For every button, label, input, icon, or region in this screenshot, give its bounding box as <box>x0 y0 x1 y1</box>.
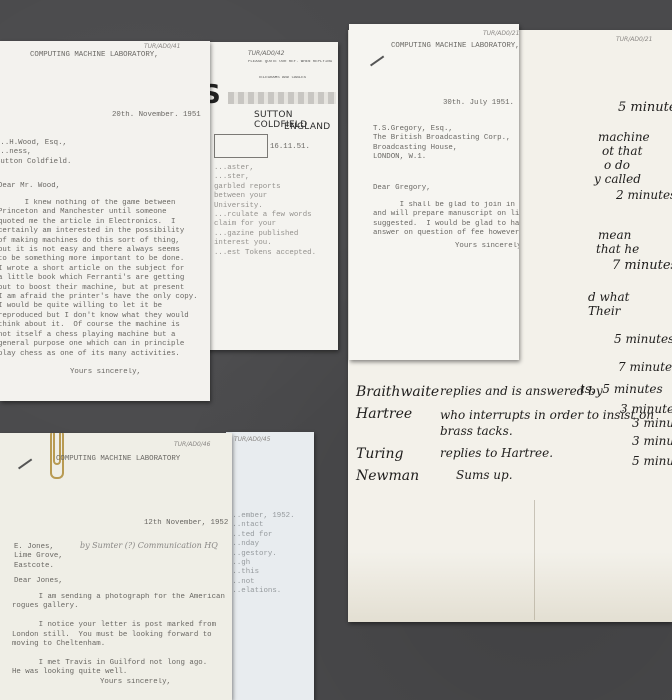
letter-heading: COMPUTING MACHINE LABORATORY, <box>391 42 519 51</box>
letter-body: I knew nothing of the game between Princ… <box>0 199 198 359</box>
letter-date: 20th. November. 1951 <box>112 111 201 120</box>
letterhead-country: ENGLAND <box>284 122 331 132</box>
speaker-action: who interrupts in order to insist on <box>440 408 654 422</box>
letter-salutation: Dear Gregory, <box>373 184 431 193</box>
handwritten-annotation: by Sumter (?) Communication HQ <box>80 541 218 550</box>
letter-heading: COMPUTING MACHINE LABORATORY <box>56 455 180 464</box>
gregory-letter: TUR/AD0/21 COMPUTING MACHINE LABORATORY,… <box>349 24 519 360</box>
speaker-action: brass tacks. <box>440 424 513 438</box>
speaker-name: Newman <box>356 468 419 484</box>
letter-body: I am sending a photograph for the Americ… <box>12 593 225 678</box>
handwritten-fragment: 5 minutes <box>618 100 672 115</box>
speaker-name: Turing <box>356 446 404 462</box>
letter-recipient: T.S.Gregory, Esq., The British Broadcast… <box>373 125 511 163</box>
letter-date: 30th. July 1951. <box>443 99 514 108</box>
letter-recipient: ...H.Wood, Esq., ...ness, Sutton Coldfie… <box>0 139 71 167</box>
letterhead-ornament <box>228 92 336 104</box>
letter-date: 12th November, 1952 <box>144 519 228 528</box>
letterhead-small: TELEGRAMS AND CABLES <box>258 76 306 81</box>
letterhead-small: PLEASE QUOTE OUR REF. WHEN REPLYING <box>248 60 332 65</box>
speaker-action: replies to Hartree. <box>440 446 553 460</box>
speaker-action: Sums up. <box>456 468 513 482</box>
handwritten-fragment: 2 minutes <box>616 188 672 202</box>
handwritten-fragment: machine <box>598 130 650 144</box>
speaker-name: Braithwaite <box>356 384 439 400</box>
speaker-action: replies and is answered by <box>440 384 603 398</box>
duration: 3 minutes <box>632 416 672 430</box>
letter-recipient: E. Jones, Lime Grove, Eastcote. <box>14 543 63 571</box>
letter-date: 16.11.51. <box>270 143 310 152</box>
letter-salutation: Dear Jones, <box>14 577 63 586</box>
handwritten-fragment: y called <box>594 172 641 186</box>
handwritten-fragment: o do <box>604 158 630 172</box>
handwritten-fragment: d what <box>588 290 629 304</box>
handwritten-fragment: ot that <box>602 144 642 158</box>
letter-heading: COMPUTING MACHINE LABORATORY, <box>30 51 159 60</box>
jones-letter: TUR/AD0/46 COMPUTING MACHINE LABORATORY … <box>0 433 232 700</box>
handwritten-fragment: 7 minutes <box>618 360 672 374</box>
letter-body-fragments: ...ember, 1952. ...ntact ...ted for ...n… <box>228 512 295 597</box>
address-box <box>214 134 268 158</box>
letter-body-fragments: ...aster, ...ster, garbled reports betwe… <box>214 164 316 258</box>
pencil-mark <box>370 56 384 66</box>
letter-salutation: Dear Mr. Wood, <box>0 182 60 191</box>
ref-mark: TUR/AD0/21 <box>616 36 652 43</box>
ref-mark: TUR/AD0/42 <box>248 50 284 57</box>
ref-mark: TUR/AD0/21 <box>483 30 519 37</box>
ref-mark: TUR/AD0/41 <box>144 43 180 50</box>
handwritten-fragment: 5 minutes <box>614 332 672 346</box>
handwritten-fragment: that he <box>596 242 639 256</box>
handwritten-fragment: 7 minutes <box>612 258 672 273</box>
wood-letter: TUR/AD0/41 COMPUTING MACHINE LABORATORY,… <box>0 41 210 401</box>
duration: 3 minutes <box>632 434 672 448</box>
handwritten-fragment: Their <box>588 304 620 318</box>
jones-backing-sheet: TUR/AD0/45 ...ember, 1952. ...ntact ...t… <box>226 432 314 700</box>
ref-mark: TUR/AD0/45 <box>234 436 270 443</box>
letter-closing: Yours sincerely, <box>70 368 141 377</box>
duration: 5 minutes <box>632 454 672 468</box>
letter-closing: Yours sincerely, <box>100 678 171 687</box>
paper-shading <box>348 552 672 622</box>
sutton-coldfield-letter: TUR/AD0/42 PLEASE QUOTE OUR REF. WHEN RE… <box>204 42 338 350</box>
handwritten-fragment: mean <box>598 228 631 242</box>
letter-closing: Yours sincerely, <box>455 242 519 251</box>
ref-mark: TUR/AD0/46 <box>174 441 210 448</box>
pencil-mark <box>18 459 32 469</box>
speaker-name: Hartree <box>356 406 412 422</box>
letter-body: I shall be glad to join in the symposium… <box>373 201 519 239</box>
